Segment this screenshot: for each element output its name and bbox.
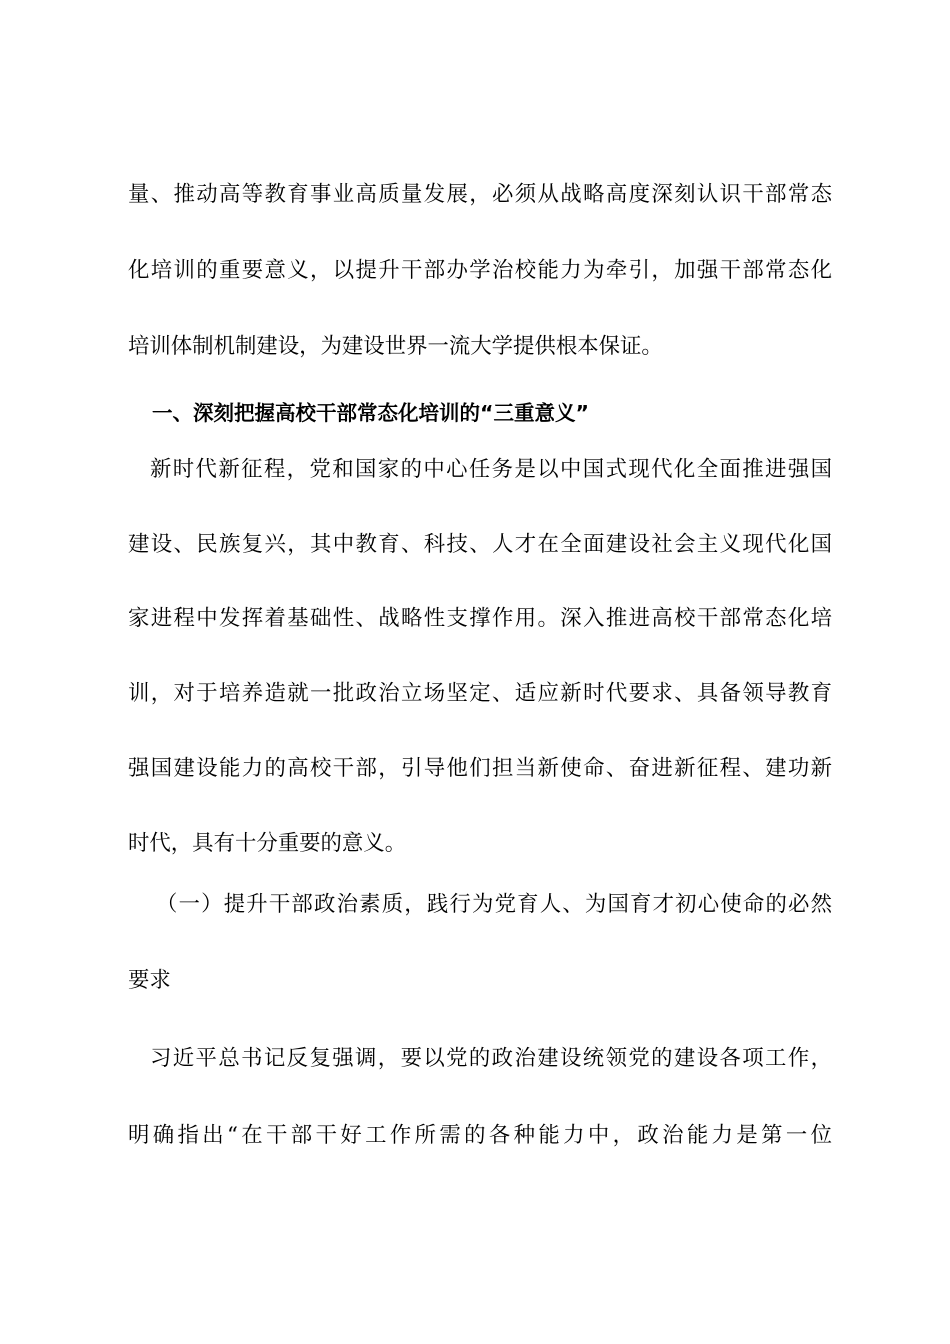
paragraph-line: 家进程中发挥着基础性、战略性支撑作用。深入推进高校干部常态化培: [128, 604, 832, 634]
paragraph-line: 习近平总书记反复强调，要以党的政治建设统领党的建设各项工作，: [150, 1044, 832, 1074]
paragraph-line: 建设、民族复兴，其中教育、科技、人才在全面建设社会主义现代化国: [128, 530, 832, 560]
paragraph-line: 明确指出“在干部干好工作所需的各种能力中，政治能力是第一位: [128, 1121, 832, 1151]
paragraph-line: 强国建设能力的高校干部，引导他们担当新使命、奋进新征程、建功新: [128, 754, 832, 784]
paragraph-line: 培训体制机制建设，为建设世界一流大学提供根本保证。: [128, 332, 832, 362]
paragraph-line: 时代，具有十分重要的意义。: [128, 829, 832, 859]
document-page: 量、推动高等教育事业高质量发展，必须从战略高度深刻认识干部常态 化培训的重要意义…: [0, 0, 950, 1344]
paragraph-line: 化培训的重要意义，以提升干部办学治校能力为牵引，加强干部常态化: [128, 256, 832, 286]
section-heading: 一、深刻把握高校干部常态化培训的“三重意义”: [152, 398, 589, 428]
paragraph-line: 量、推动高等教育事业高质量发展，必须从战略高度深刻认识干部常态: [128, 180, 832, 210]
paragraph-line: 训，对于培养造就一批政治立场坚定、适应新时代要求、具备领导教育: [128, 679, 832, 709]
subsection-heading-line: 要求: [128, 966, 832, 996]
paragraph-line: 新时代新征程，党和国家的中心任务是以中国式现代化全面推进强国: [150, 455, 832, 485]
subsection-heading-line: （一）提升干部政治素质，践行为党育人、为国育才初心使命的必然: [156, 890, 832, 920]
